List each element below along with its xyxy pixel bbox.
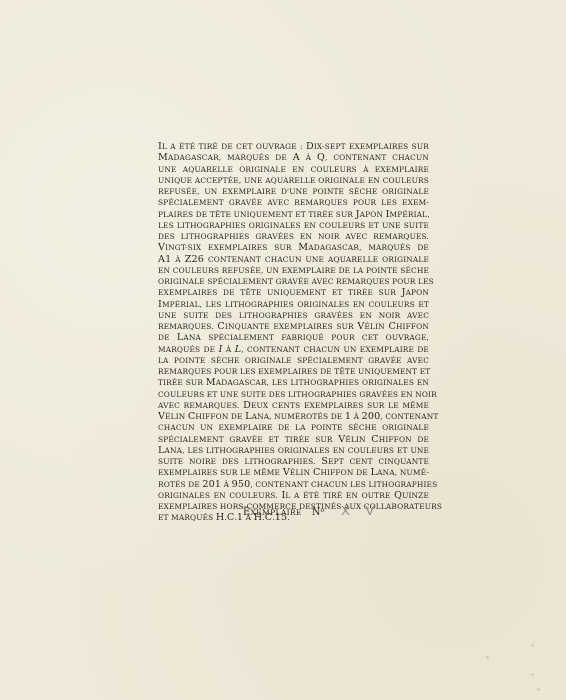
- colophon-line: une aquarelle originale en couleurs à ex…: [158, 164, 429, 175]
- exemplaire-label: Exemplaire: [243, 508, 302, 517]
- colophon-line: Madagascar, marqués de A à Q, contenant …: [158, 152, 429, 163]
- copy-number: X V: [341, 503, 380, 518]
- colophon-line: unique acceptée, une aquarelle originale…: [158, 175, 429, 186]
- colophon-line: Vingt-six exemplaires sur Madagascar, ma…: [158, 242, 429, 253]
- colophon-line: plaires de tête uniquement et tirée sur …: [158, 209, 429, 220]
- numero-label: No: [312, 507, 324, 518]
- colophon-line: avec remarques. Deux cents exemplaires s…: [158, 400, 429, 411]
- colophon-line: Vélin Chiffon de Lana, numérotés de 1 à …: [158, 411, 429, 422]
- colophon-justification-text: Il a été tiré de cet ouvrage : Dix-sept …: [158, 141, 429, 524]
- colophon-line: A1 à Z26 contenant chacun une aquarelle …: [158, 254, 429, 265]
- colophon-line: suite noire des lithographies. Sept cent…: [158, 456, 429, 467]
- colophon-line: une suite des lithographies gravées en n…: [158, 310, 429, 321]
- paper-speck: [486, 656, 489, 659]
- colophon-line: refusée, un exemplaire d'une pointe sèch…: [158, 186, 429, 197]
- paper-speck: [531, 644, 534, 647]
- colophon-line: de Lana spécialement fabriqué pour cet o…: [158, 332, 429, 343]
- colophon-line: remarques. Cinquante exemplaires sur Vél…: [158, 321, 429, 332]
- colophon-line: exemplaires de tête uniquement et tirée …: [158, 287, 429, 298]
- colophon-line: rotés de 201 à 950, contenant chacun les…: [158, 479, 429, 490]
- colophon-line: chacun un exemplaire de la pointe sèche …: [158, 422, 429, 433]
- colophon-line: la pointe sèche originale spécialement g…: [158, 355, 429, 366]
- copy-number-line: Exemplaire No X V: [243, 500, 380, 519]
- colophon-line: spécialement gravée avec remarques pour …: [158, 197, 429, 208]
- colophon-line: Lana, les lithographies originales en co…: [158, 445, 429, 456]
- colophon-line: en couleurs refusée, un exemplaire de la…: [158, 265, 429, 276]
- colophon-line: remarques pour les exemplaires de tête u…: [158, 366, 429, 377]
- colophon-line: Il a été tiré de cet ouvrage : Dix-sept …: [158, 141, 429, 152]
- colophon-line: couleurs et une suite des lithographies …: [158, 389, 429, 400]
- paper-page: Il a été tiré de cet ouvrage : Dix-sept …: [0, 0, 566, 700]
- paper-speck: [537, 688, 540, 691]
- paper-speck: [531, 673, 534, 676]
- colophon-line: originale spécialement gravée avec remar…: [158, 276, 429, 287]
- colophon-line: les lithographies originales en couleurs…: [158, 220, 429, 231]
- colophon-line: marqués de I à L, contenant chacun un ex…: [158, 344, 429, 355]
- colophon-line: des lithographies gravées en noir avec r…: [158, 231, 429, 242]
- colophon-line: spécialement gravée et tirée sur Vélin C…: [158, 434, 429, 445]
- colophon-line: exemplaires sur le même Vélin Chiffon de…: [158, 467, 429, 478]
- colophon-line: Impérial, les lithographies originales e…: [158, 299, 429, 310]
- colophon-line: tirée sur Madagascar, les lithographies …: [158, 377, 429, 388]
